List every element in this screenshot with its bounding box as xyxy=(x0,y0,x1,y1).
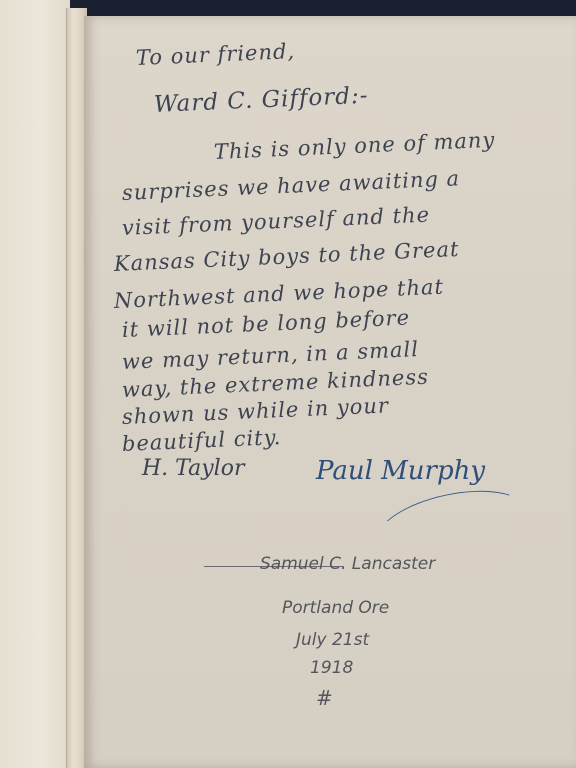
pencil-place: Portland Ore xyxy=(282,598,389,618)
body-line-2: surprises we have awaiting a xyxy=(121,166,460,205)
left-page xyxy=(0,0,70,768)
body-line-3: visit from yourself and the xyxy=(121,203,430,240)
body-line-6: it will not be long before xyxy=(121,305,410,342)
pencil-mark: # xyxy=(316,686,333,710)
body-line-10: beautiful city. xyxy=(121,425,281,456)
body-line-4: Kansas City boys to the Great xyxy=(113,237,459,276)
recipient-name: Ward C. Gifford:- xyxy=(153,83,369,118)
pencil-year: 1918 xyxy=(310,658,353,678)
body-line-1: This is only one of many xyxy=(213,128,495,164)
inscription-page: To our friend, Ward C. Gifford:- This is… xyxy=(84,16,576,768)
pencil-date: July 21st xyxy=(296,630,369,650)
salutation: To our friend, xyxy=(135,39,295,70)
signature-taylor: H. Taylor xyxy=(142,456,244,481)
signature-murphy: Paul Murphy xyxy=(316,456,485,486)
pencil-signature: Samuel C. Lancaster xyxy=(260,554,435,574)
